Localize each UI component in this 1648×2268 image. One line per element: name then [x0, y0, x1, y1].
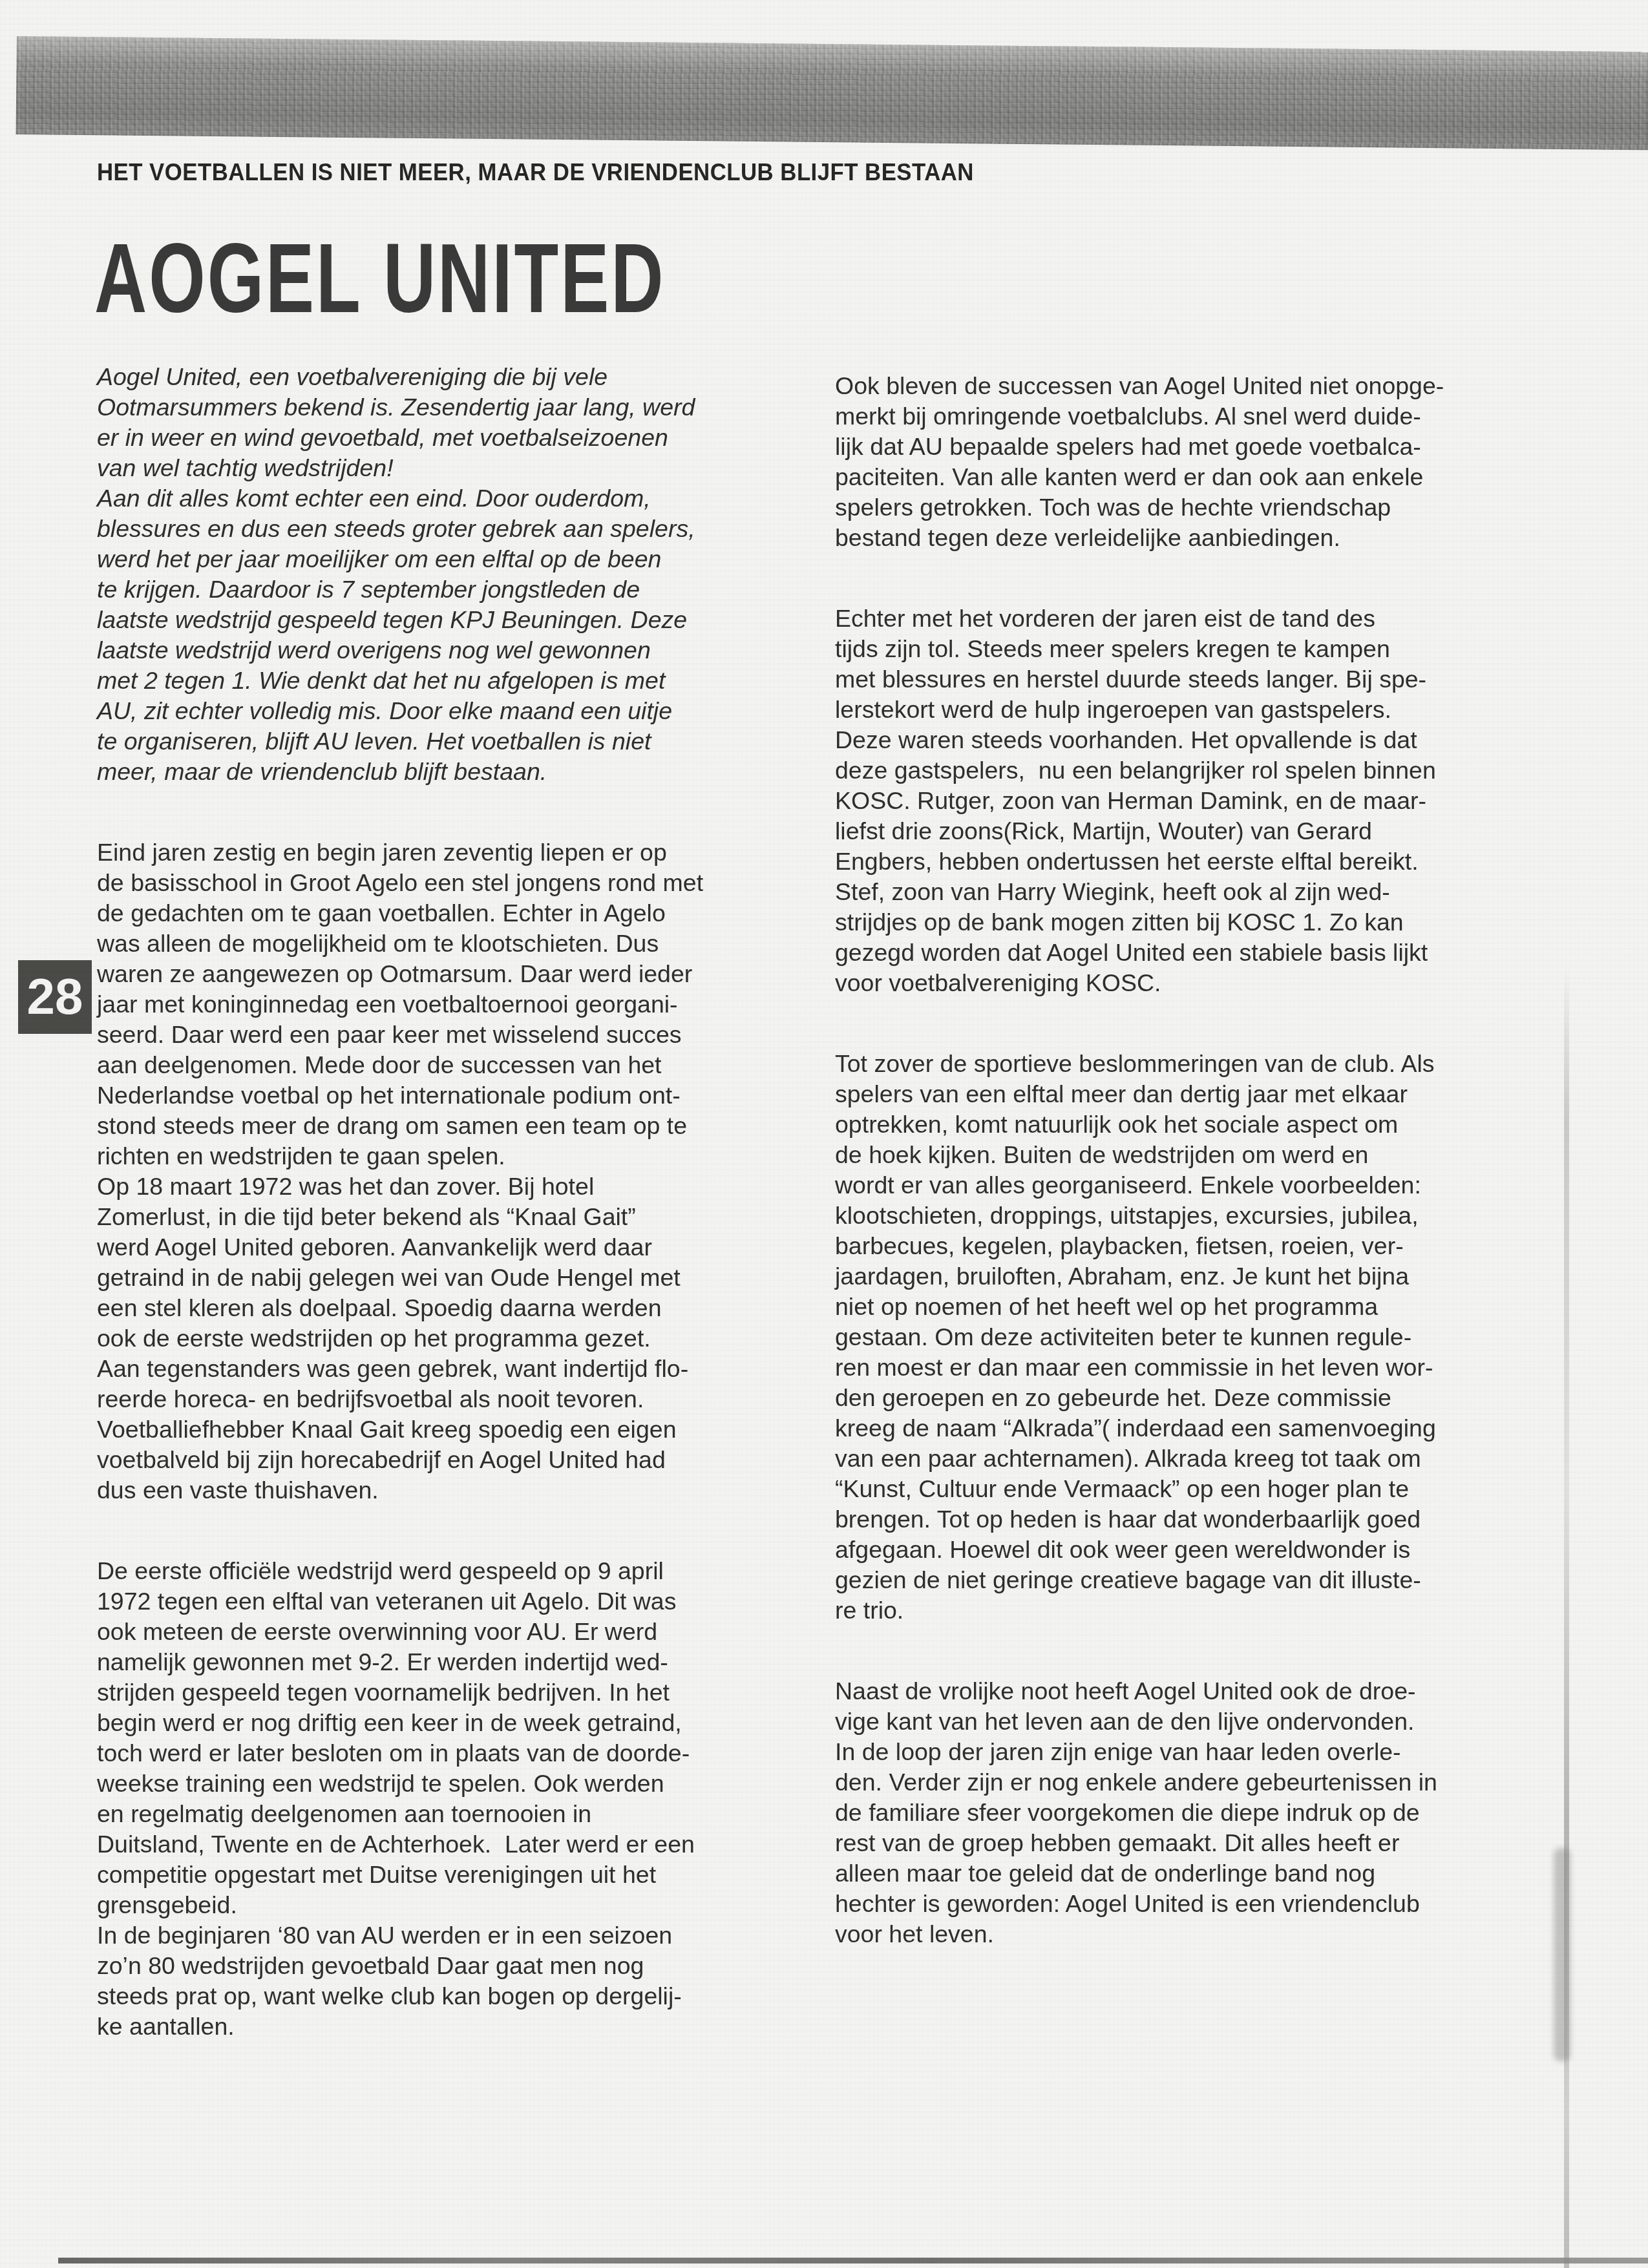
left-column: Aogel United, een voetbalvereniging die … — [97, 362, 801, 2042]
paragraph: Tot zover de sportieve beslommeringen va… — [835, 1049, 1539, 1626]
paragraph: Eind jaren zestig en begin jaren zeventi… — [97, 837, 801, 1506]
article-title: AOGEL UNITED — [94, 222, 665, 335]
scan-smudge — [1554, 1848, 1570, 2061]
bottom-scan-edge — [58, 2258, 1648, 2263]
scanned-magazine-page: HET VOETBALLEN IS NIET MEER, MAAR DE VRI… — [0, 0, 1648, 2268]
decorative-scan-band — [16, 36, 1648, 150]
paragraph: Echter met het vorderen der jaren eist d… — [835, 604, 1539, 998]
intro-paragraph: Aogel United, een voetbalvereniging die … — [97, 362, 801, 787]
right-column: Ook bleven de successen van Aogel United… — [835, 371, 1539, 1949]
kicker-headline: HET VOETBALLEN IS NIET MEER, MAAR DE VRI… — [97, 159, 974, 186]
paragraph: Naast de vrolijke noot heeft Aogel Unite… — [835, 1676, 1539, 1949]
paragraph: De eerste officiële wedstrijd werd gespe… — [97, 1556, 801, 2042]
page-number-badge: 28 — [18, 960, 92, 1034]
paragraph: Ook bleven de successen van Aogel United… — [835, 371, 1539, 553]
scan-crease — [1564, 966, 1569, 2268]
